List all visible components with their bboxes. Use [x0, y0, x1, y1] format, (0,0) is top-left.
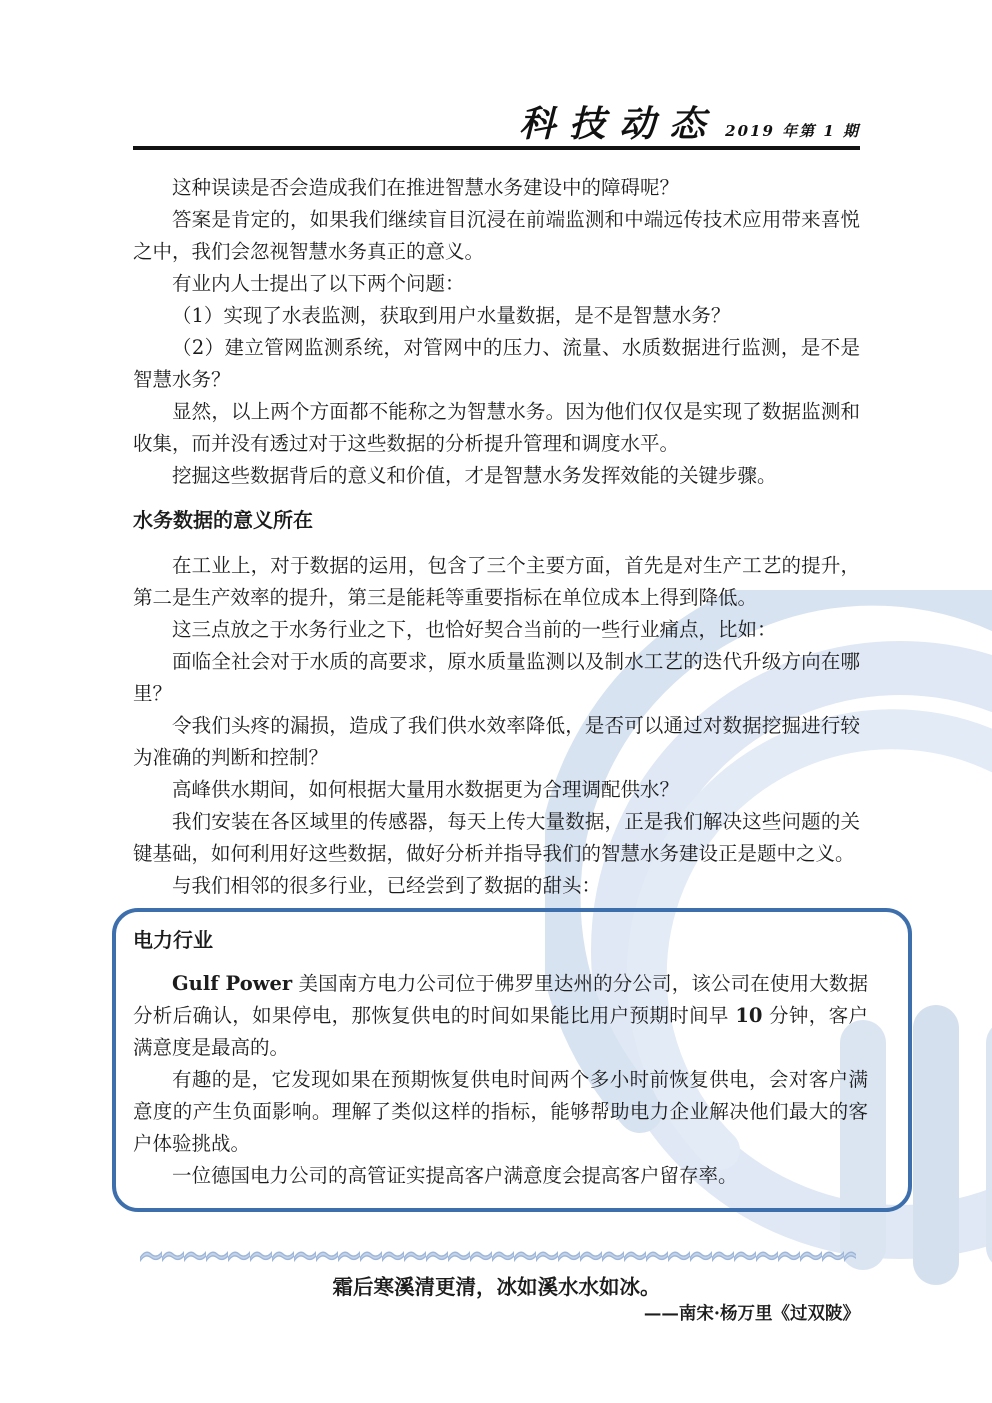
- paragraph: 面临全社会对于水质的高要求，原水质量监测以及制水工艺的迭代升级方向在哪里？: [133, 646, 860, 710]
- paragraph: 有业内人士提出了以下两个问题：: [133, 268, 860, 300]
- header-rule: [133, 146, 860, 150]
- paragraph: 在工业上，对于数据的运用，包含了三个主要方面，首先是对生产工艺的提升，第二是生产…: [133, 550, 860, 614]
- paragraph-question-1: （1）实现了水表监测，获取到用户水量数据，是不是智慧水务？: [133, 300, 860, 332]
- paragraph: 答案是肯定的，如果我们继续盲目沉浸在前端监测和中端远传技术应用带来喜悦之中，我们…: [133, 204, 860, 268]
- box-paragraph: 一位德国电力公司的高管证实提高客户满意度会提高客户留存率。: [133, 1160, 868, 1192]
- paragraph: 令我们头疼的漏损，造成了我们供水效率降低，是否可以通过对数据挖掘进行较为准确的判…: [133, 710, 860, 774]
- box-paragraph: 有趣的是，它发现如果在预期恢复供电时间两个多小时前恢复供电，会对客户满意度的产生…: [133, 1064, 868, 1160]
- document-page: 科技动态2019 年第 1 期 这种误读是否会造成我们在推进智慧水务建设中的障碍…: [0, 0, 992, 1403]
- masthead: 科技动态2019 年第 1 期: [133, 96, 860, 147]
- issue-label: 2019 年第 1 期: [725, 122, 860, 140]
- paragraph: 挖掘这些数据背后的意义和价值，才是智慧水务发挥效能的关键步骤。: [133, 460, 860, 492]
- box-paragraph-gulf-power: Gulf Power 美国南方电力公司位于佛罗里达州的分公司，该公司在使用大数据…: [133, 968, 868, 1064]
- paragraph: 我们安装在各区域里的传感器，每天上传大量数据，正是我们解决这些问题的关键基础，如…: [133, 806, 860, 870]
- power-industry-callout-box: 电力行业 Gulf Power 美国南方电力公司位于佛罗里达州的分公司，该公司在…: [112, 908, 912, 1212]
- wave-divider-icon: [140, 1248, 856, 1262]
- paragraph-question-2: （2）建立管网监测系统，对管网中的压力、流量、水质数据进行监测，是不是智慧水务？: [133, 332, 860, 396]
- box-heading: 电力行业: [133, 924, 868, 956]
- paragraph: 与我们相邻的很多行业，已经尝到了数据的甜头：: [133, 870, 860, 902]
- minutes-number: 10: [735, 1004, 762, 1027]
- paragraph: 这三点放之于水务行业之下，也恰好契合当前的一些行业痛点，比如：: [133, 614, 860, 646]
- journal-title: 科技动态: [519, 103, 719, 145]
- poem-attribution: ——南宋·杨万里《过双陂》: [133, 1300, 860, 1328]
- paragraph: 高峰供水期间，如何根据大量用水数据更为合理调配供水？: [133, 774, 860, 806]
- section-heading: 水务数据的意义所在: [133, 504, 860, 536]
- article-body: 这种误读是否会造成我们在推进智慧水务建设中的障碍呢？ 答案是肯定的，如果我们继续…: [133, 172, 860, 1212]
- poem-quote: 霜后寒溪清更清，冰如溪水水如冰。: [133, 1272, 860, 1302]
- paragraph: 显然，以上两个方面都不能称之为智慧水务。因为他们仅仅是实现了数据监测和收集，而并…: [133, 396, 860, 460]
- paragraph: 这种误读是否会造成我们在推进智慧水务建设中的障碍呢？: [133, 172, 860, 204]
- gulf-power-name: Gulf Power: [172, 972, 292, 995]
